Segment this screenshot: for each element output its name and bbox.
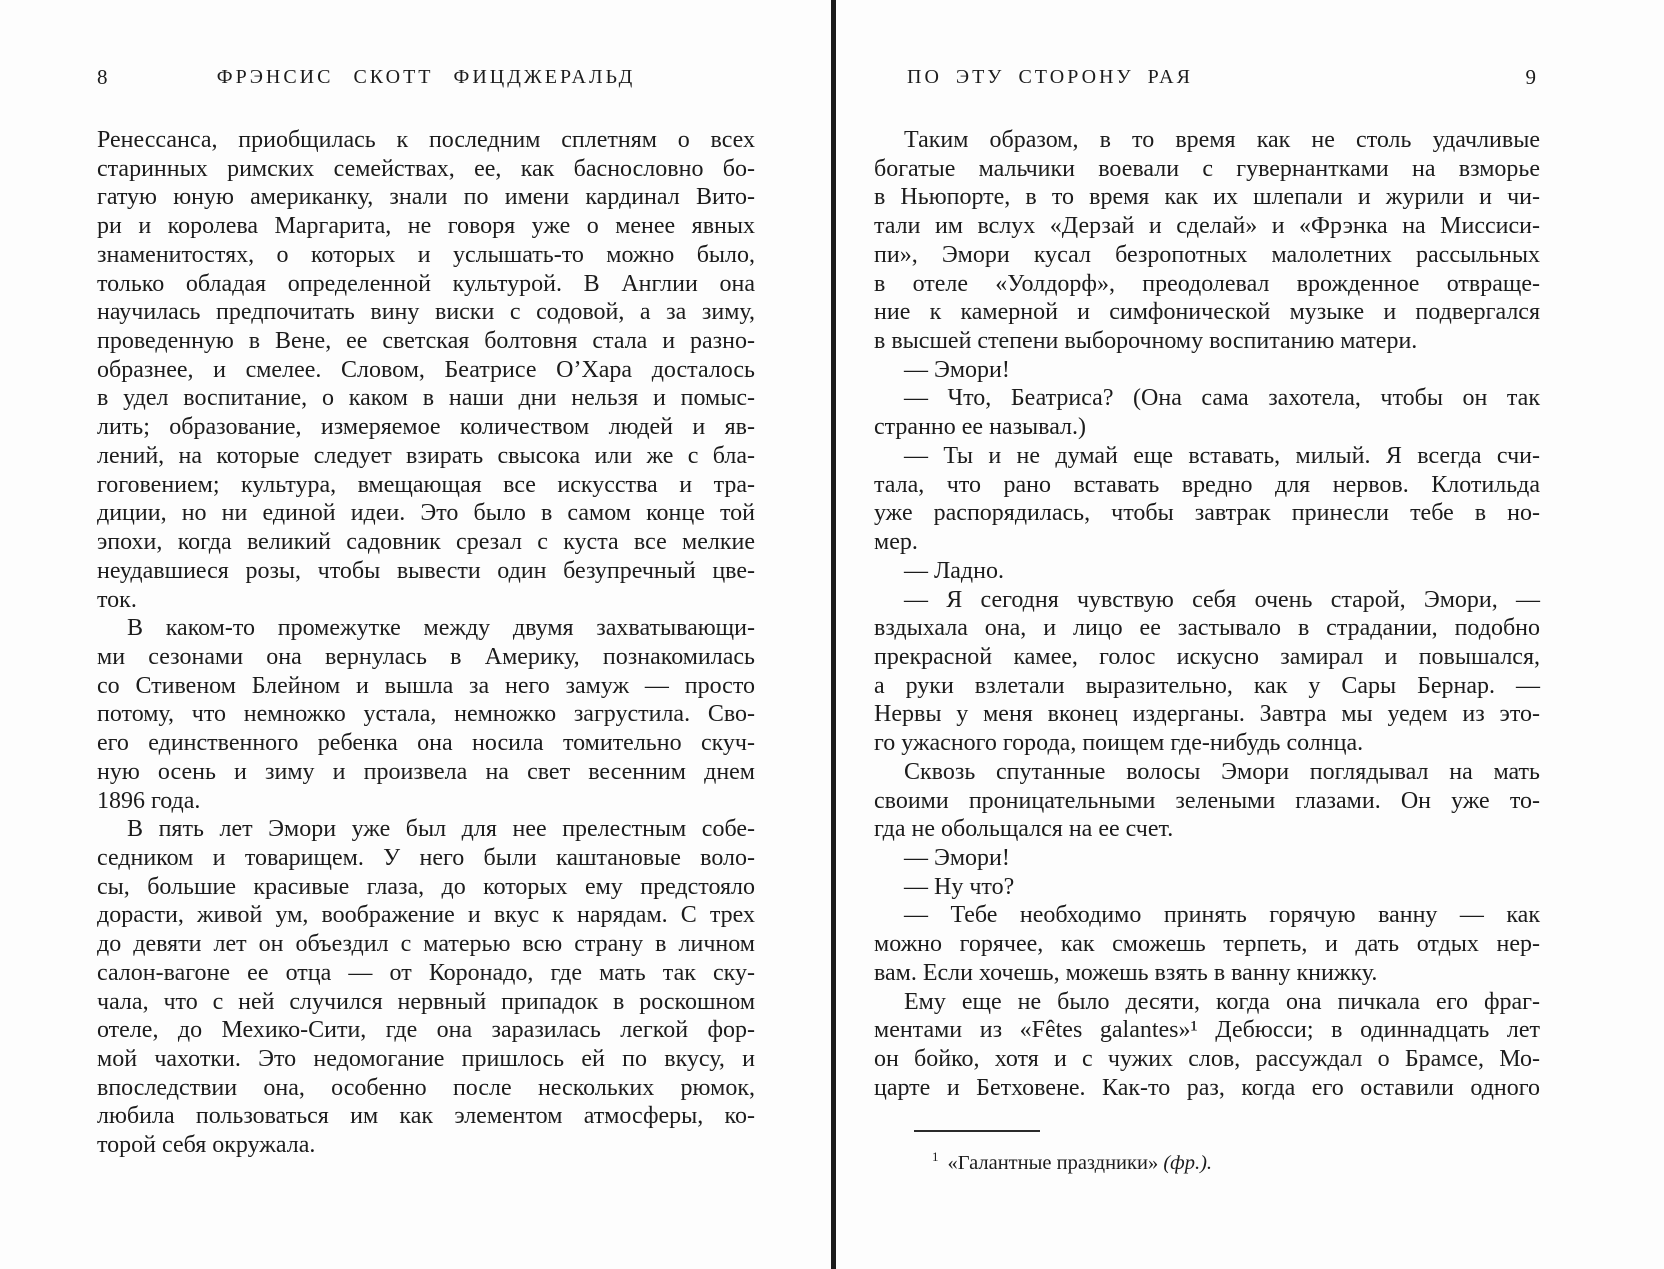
text-line: В каком-то промежутке между двумя захват… xyxy=(97,614,755,643)
text-line: чала, что с ней случился нервный припадо… xyxy=(97,988,755,1017)
text-line: го ужасного города, поищем где-нибудь со… xyxy=(874,729,1540,758)
text-line: Таким образом, в то время как не столь у… xyxy=(874,126,1540,155)
text-line: царте и Бетховене. Как-то раз, когда его… xyxy=(874,1074,1540,1103)
text-line: неудавшиеся розы, чтобы вывести один без… xyxy=(97,557,755,586)
text-line: Ему еще не было десяти, когда она пичкал… xyxy=(874,988,1540,1017)
text-line: пи», Эмори кусал безропотных малолетних … xyxy=(874,241,1540,270)
text-line: диции, но ни единой идеи. Это было в сам… xyxy=(97,499,755,528)
text-line: мер. xyxy=(874,528,1540,557)
text-line: в высшей степени выборочному воспитанию … xyxy=(874,327,1540,356)
text-line: тали им вслух «Дерзай и сделай» и «Фрэнк… xyxy=(874,212,1540,241)
text-line: Ренессанса, приобщилась к последним спле… xyxy=(97,126,755,155)
text-line: ние к камерной и симфонической музыке и … xyxy=(874,298,1540,327)
text-line: богатые мальчики воевали с гувернантками… xyxy=(874,155,1540,184)
text-line: ми сезонами она вернулась в Америку, поз… xyxy=(97,643,755,672)
text-line: — Ну что? xyxy=(874,873,1540,902)
text-line: салон-вагоне ее отца — от Коронадо, где … xyxy=(97,959,755,988)
text-line: седником и товарищем. У него были каштан… xyxy=(97,844,755,873)
footnote-text: «Галантные праздники» xyxy=(948,1152,1159,1174)
running-head: ФРЭНСИС СКОТТ ФИЦДЖЕРАЛЬД xyxy=(97,64,755,90)
text-line: впоследствии она, особенно после несколь… xyxy=(97,1074,755,1103)
footnote-area: 1«Галантные праздники» (фр.). xyxy=(874,1130,1540,1176)
text-line: — Я сегодня чувствую себя очень старой, … xyxy=(874,586,1540,615)
text-line: со Стивеном Блейном и вышла за него заму… xyxy=(97,672,755,701)
right-page-body: Таким образом, в то время как не столь у… xyxy=(874,126,1540,1102)
text-line: вздыхала она, и лицо ее застывало в стра… xyxy=(874,614,1540,643)
text-line: ную осень и зиму и произвела на свет вес… xyxy=(97,758,755,787)
footnote: 1«Галантные праздники» (фр.). xyxy=(874,1144,1540,1176)
text-line: старинных римских семействах, ее, как ба… xyxy=(97,155,755,184)
page-divider xyxy=(831,0,836,1269)
text-line: в отеле «Уолдорф», преодолевал врожденно… xyxy=(874,270,1540,299)
text-line: торой себя окружала. xyxy=(97,1131,755,1160)
text-line: — Ты и не думай еще вставать, милый. Я в… xyxy=(874,442,1540,471)
text-line: 1896 года. xyxy=(97,787,755,816)
text-line: вам. Если хочешь, можешь взять в ванну к… xyxy=(874,959,1540,988)
text-line: образнее, и смелее. Словом, Беатрисе О’Х… xyxy=(97,356,755,385)
footnote-marker: 1 xyxy=(932,1149,939,1164)
text-line: гоговением; культура, вмещающая все иску… xyxy=(97,471,755,500)
text-line: гда не обольщался на ее счет. xyxy=(874,815,1540,844)
text-line: прекрасной камее, голос искусно замирал … xyxy=(874,643,1540,672)
page-number: 9 xyxy=(1526,64,1537,90)
text-line: сы, большие красивые глаза, до которых е… xyxy=(97,873,755,902)
text-line: — Что, Беатриса? (Она сама захотела, что… xyxy=(874,384,1540,413)
running-head: ПО ЭТУ СТОРОНУ РАЯ xyxy=(907,64,1193,90)
text-line: В пять лет Эмори уже был для нее прелест… xyxy=(97,815,755,844)
text-line: проведенную в Вене, ее светская болтовня… xyxy=(97,327,755,356)
text-line: — Тебе необходимо принять горячую ванну … xyxy=(874,901,1540,930)
text-line: ментами из «Fêtes galantes»¹ Дебюсси; в … xyxy=(874,1016,1540,1045)
text-line: гатую юную американку, знали по имени ка… xyxy=(97,183,755,212)
text-line: он бойко, хотя и с чужих слов, рассуждал… xyxy=(874,1045,1540,1074)
text-line: своими проницательными зелеными глазами.… xyxy=(874,787,1540,816)
text-line: в удел воспитание, о каком в наши дни не… xyxy=(97,384,755,413)
text-line: в Ньюпорте, в то время как их шлепали и … xyxy=(874,183,1540,212)
page-number: 8 xyxy=(97,64,108,90)
text-line: любила пользоваться им как элементом атм… xyxy=(97,1102,755,1131)
text-line: лить; образование, измеряемое количество… xyxy=(97,413,755,442)
text-line: ри и королева Маргарита, не говоря уже о… xyxy=(97,212,755,241)
text-line: отеле, до Мехико-Сити, где она заразилас… xyxy=(97,1016,755,1045)
text-line: а руки взлетали выразительно, как у Сары… xyxy=(874,672,1540,701)
book-spread: 8 ФРЭНСИС СКОТТ ФИЦДЖЕРАЛЬД Ренессанса, … xyxy=(0,0,1664,1269)
footnote-language-note: (фр.). xyxy=(1163,1152,1212,1174)
text-line: мой чахотки. Это недомогание пришлось ей… xyxy=(97,1045,755,1074)
text-line: до девяти лет он объездил с матерью всю … xyxy=(97,930,755,959)
text-line: только обладая определенной культурой. В… xyxy=(97,270,755,299)
text-line: его единственного ребенка она носила том… xyxy=(97,729,755,758)
text-line: потому, что немножко устала, немножко за… xyxy=(97,700,755,729)
text-line: можно горячее, как сможешь терпеть, и да… xyxy=(874,930,1540,959)
text-line: эпохи, когда великий садовник срезал с к… xyxy=(97,528,755,557)
text-line: дорасти, живой ум, воображение и вкус к … xyxy=(97,901,755,930)
text-line: научилась предпочитать вину виски с содо… xyxy=(97,298,755,327)
text-line: — Эмори! xyxy=(874,356,1540,385)
text-line: тала, что рано вставать вредно для нерво… xyxy=(874,471,1540,500)
footnote-rule xyxy=(914,1130,1040,1132)
left-page-header: 8 ФРЭНСИС СКОТТ ФИЦДЖЕРАЛЬД xyxy=(97,64,755,94)
right-page-header: ПО ЭТУ СТОРОНУ РАЯ 9 xyxy=(874,64,1540,94)
text-line: знаменитостях, о которых и услышать-то м… xyxy=(97,241,755,270)
text-line: — Ладно. xyxy=(874,557,1540,586)
text-line: Сквозь спутанные волосы Эмори поглядывал… xyxy=(874,758,1540,787)
text-line: странно ее называл.) xyxy=(874,413,1540,442)
text-line: ток. xyxy=(97,586,755,615)
text-line: уже распорядилась, чтобы завтрак принесл… xyxy=(874,499,1540,528)
text-line: лений, на которые следует взирать свысок… xyxy=(97,442,755,471)
left-page-body: Ренессанса, приобщилась к последним спле… xyxy=(97,126,755,1160)
text-line: Нервы у меня вконец издерганы. Завтра мы… xyxy=(874,700,1540,729)
text-line: — Эмори! xyxy=(874,844,1540,873)
